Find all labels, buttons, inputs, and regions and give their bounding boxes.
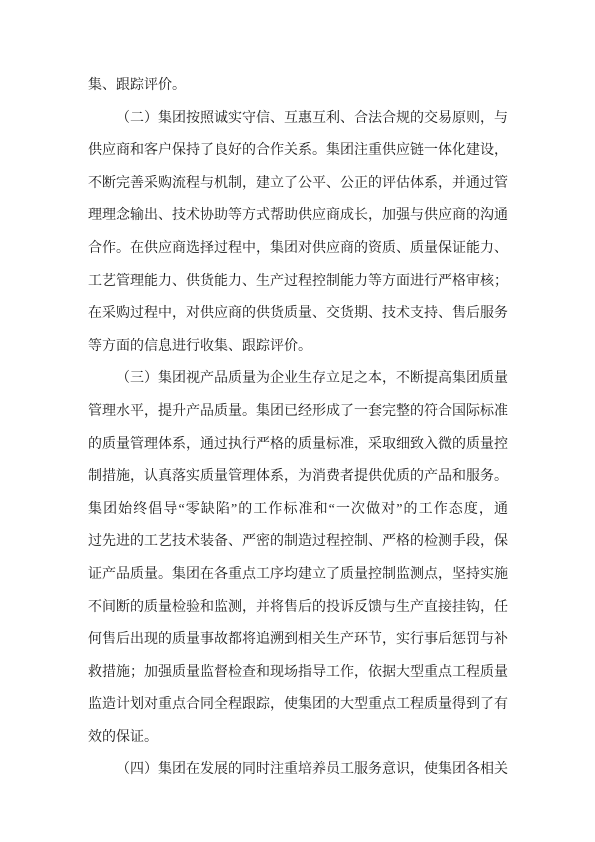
document-line: 管理水平，提升产品质量。集团已经形成了一套完整的符合国际标准	[88, 396, 508, 429]
document-line: 监造计划对重点合同全程跟踪，使集团的大型重点工程质量得到了有	[88, 689, 508, 722]
document-line: 工艺管理能力、供货能力、生产过程控制能力等方面进行严格审核；	[88, 266, 508, 299]
paragraph-4-head: （四）集团在发展的同时注重培养员工服务意识，使集团各相关	[88, 754, 508, 787]
document-body: 集、跟踪评价。（二）集团按照诚实守信、互惠互利、合法合规的交易原则，与供应商和客…	[88, 70, 508, 787]
document-line: （三）集团视产品质量为企业生存立足之本，不断提高集团质量	[88, 363, 508, 396]
document-line: 救措施；加强质量监督检查和现场指导工作，依据大型重点工程质量	[88, 657, 508, 690]
paragraph-2: （二）集团按照诚实守信、互惠互利、合法合规的交易原则，与供应商和客户保持了良好的…	[88, 103, 508, 364]
document-page: 集、跟踪评价。（二）集团按照诚实守信、互惠互利、合法合规的交易原则，与供应商和客…	[0, 0, 595, 842]
document-line: （四）集团在发展的同时注重培养员工服务意识，使集团各相关	[88, 754, 508, 787]
document-line: 供应商和客户保持了良好的合作关系。集团注重供应链一体化建设，	[88, 135, 508, 168]
document-line: 集、跟踪评价。	[88, 70, 508, 103]
document-line: 合作。在供应商选择过程中，集团对供应商的资质、质量保证能力、	[88, 233, 508, 266]
document-line: 效的保证。	[88, 722, 508, 755]
document-line: 集团始终倡导“零缺陷”的工作标准和“一次做对”的工作态度，通	[88, 494, 508, 527]
document-line: 证产品质量。集团在各重点工序均建立了质量控制监测点，坚持实施	[88, 559, 508, 592]
document-line: 不断完善采购流程与机制，建立了公平、公正的评估体系，并通过管	[88, 168, 508, 201]
document-line: （二）集团按照诚实守信、互惠互利、合法合规的交易原则，与	[88, 103, 508, 136]
document-line: 的质量管理体系，通过执行严格的质量标准，采取细致入微的质量控	[88, 429, 508, 462]
paragraph-1-tail: 集、跟踪评价。	[88, 70, 508, 103]
paragraph-3: （三）集团视产品质量为企业生存立足之本，不断提高集团质量管理水平，提升产品质量。…	[88, 363, 508, 754]
document-line: 在采购过程中，对供应商的供货质量、交货期、技术支持、售后服务	[88, 298, 508, 331]
document-line: 何售后出现的质量事故都将追溯到相关生产环节，实行事后惩罚与补	[88, 624, 508, 657]
document-line: 等方面的信息进行收集、跟踪评价。	[88, 331, 508, 364]
document-line: 理理念输出、技术协助等方式帮助供应商成长，加强与供应商的沟通	[88, 200, 508, 233]
document-line: 不间断的质量检验和监测，并将售后的投诉反馈与生产直接挂钩，任	[88, 592, 508, 625]
document-line: 制措施，认真落实质量管理体系，为消费者提供优质的产品和服务。	[88, 461, 508, 494]
document-line: 过先进的工艺技术装备、严密的制造过程控制、严格的检测手段，保	[88, 526, 508, 559]
